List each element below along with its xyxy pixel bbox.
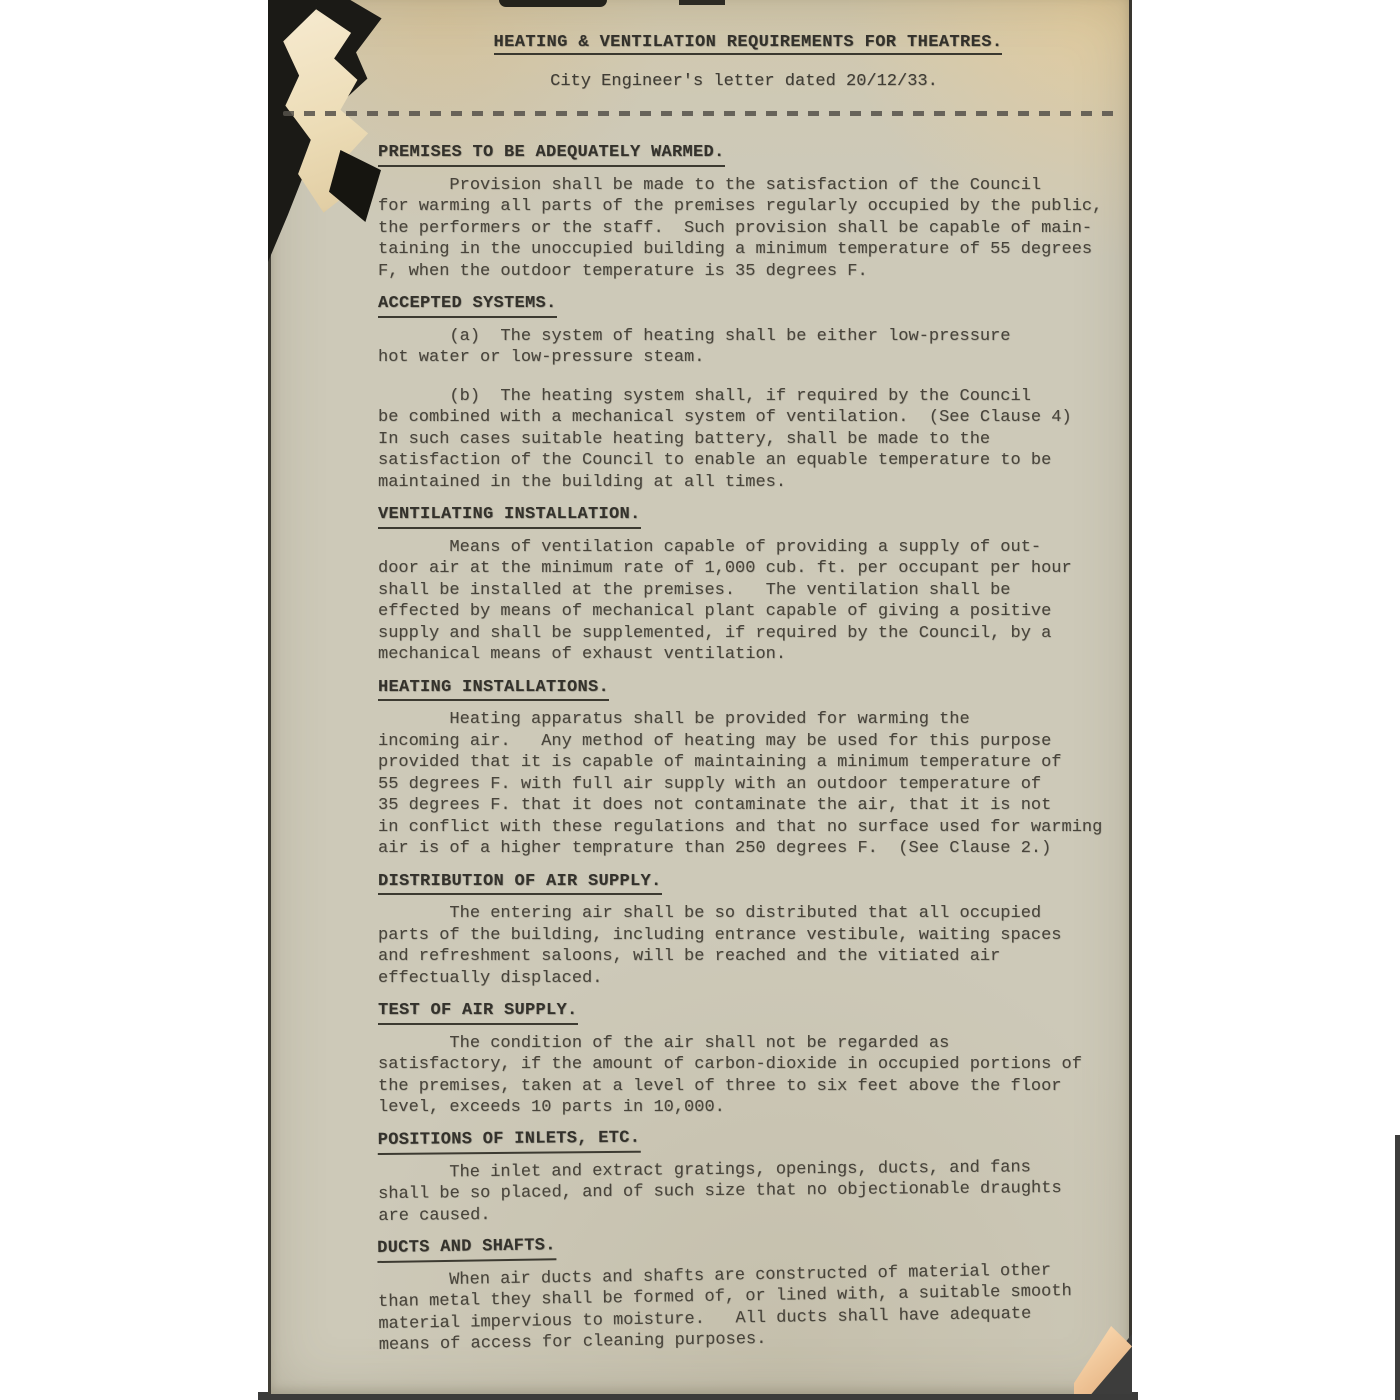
section-paragraph: The condition of the air shall not be re… xyxy=(378,1033,1117,1119)
section-heading: VENTILATING INSTALLATION. xyxy=(378,504,641,529)
section-heading: PREMISES TO BE ADEQUATELY WARMED. xyxy=(378,142,725,167)
section-premises-warmed: PREMISES TO BE ADEQUATELY WARMED. Provis… xyxy=(378,142,1117,282)
section-ducts-and-shafts: DUCTS AND SHAFTS. When air ducts and sha… xyxy=(377,1226,1118,1356)
section-heading: DISTRIBUTION OF AIR SUPPLY. xyxy=(378,871,662,896)
backdrop-mat-right xyxy=(1395,1135,1400,1400)
section-distribution-of-air-supply: DISTRIBUTION OF AIR SUPPLY. The entering… xyxy=(378,871,1117,990)
section-paragraph: Heating apparatus shall be provided for … xyxy=(378,709,1117,860)
section-paragraph: When air ducts and shafts are constructe… xyxy=(378,1258,1118,1356)
section-test-of-air-supply: TEST OF AIR SUPPLY. The condition of the… xyxy=(378,1000,1117,1119)
section-heading: POSITIONS OF INLETS, ETC. xyxy=(378,1127,641,1154)
scan-canvas: HEATING & VENTILATION REQUIREMENTS FOR T… xyxy=(0,0,1400,1400)
section-paragraph: The entering air shall be so distributed… xyxy=(378,903,1117,989)
section-paragraph: The inlet and extract gratings, openings… xyxy=(378,1156,1118,1227)
section-paragraph: Means of ventilation capable of providin… xyxy=(378,537,1117,666)
section-positions-of-inlets: POSITIONS OF INLETS, ETC. The inlet and … xyxy=(378,1123,1118,1226)
document-subtitle: City Engineer's letter dated 20/12/33. xyxy=(550,72,938,91)
sections: PREMISES TO BE ADEQUATELY WARMED. Provis… xyxy=(271,142,1129,1356)
section-heading: DUCTS AND SHAFTS. xyxy=(377,1235,556,1262)
section-paragraph: (b) The heating system shall, if require… xyxy=(378,386,1117,494)
page-content: HEATING & VENTILATION REQUIREMENTS FOR T… xyxy=(271,0,1129,1356)
section-heading: TEST OF AIR SUPPLY. xyxy=(378,1000,578,1025)
dashed-separator xyxy=(283,111,1119,116)
section-accepted-systems: ACCEPTED SYSTEMS. (a) The system of heat… xyxy=(378,293,1117,493)
title-row: HEATING & VENTILATION REQUIREMENTS FOR T… xyxy=(271,32,1129,54)
subtitle-row: City Engineer's letter dated 20/12/33. xyxy=(271,71,1129,93)
section-paragraph: Provision shall be made to the satisfact… xyxy=(378,175,1117,283)
section-heading: ACCEPTED SYSTEMS. xyxy=(378,293,557,318)
section-ventilating-installation: VENTILATING INSTALLATION. Means of venti… xyxy=(378,504,1117,666)
section-heating-installations: HEATING INSTALLATIONS. Heating apparatus… xyxy=(378,677,1117,860)
section-heading: HEATING INSTALLATIONS. xyxy=(378,677,609,702)
document-page: HEATING & VENTILATION REQUIREMENTS FOR T… xyxy=(268,0,1132,1394)
section-paragraph: (a) The system of heating shall be eithe… xyxy=(378,326,1117,369)
document-title: HEATING & VENTILATION REQUIREMENTS FOR T… xyxy=(494,33,1003,55)
